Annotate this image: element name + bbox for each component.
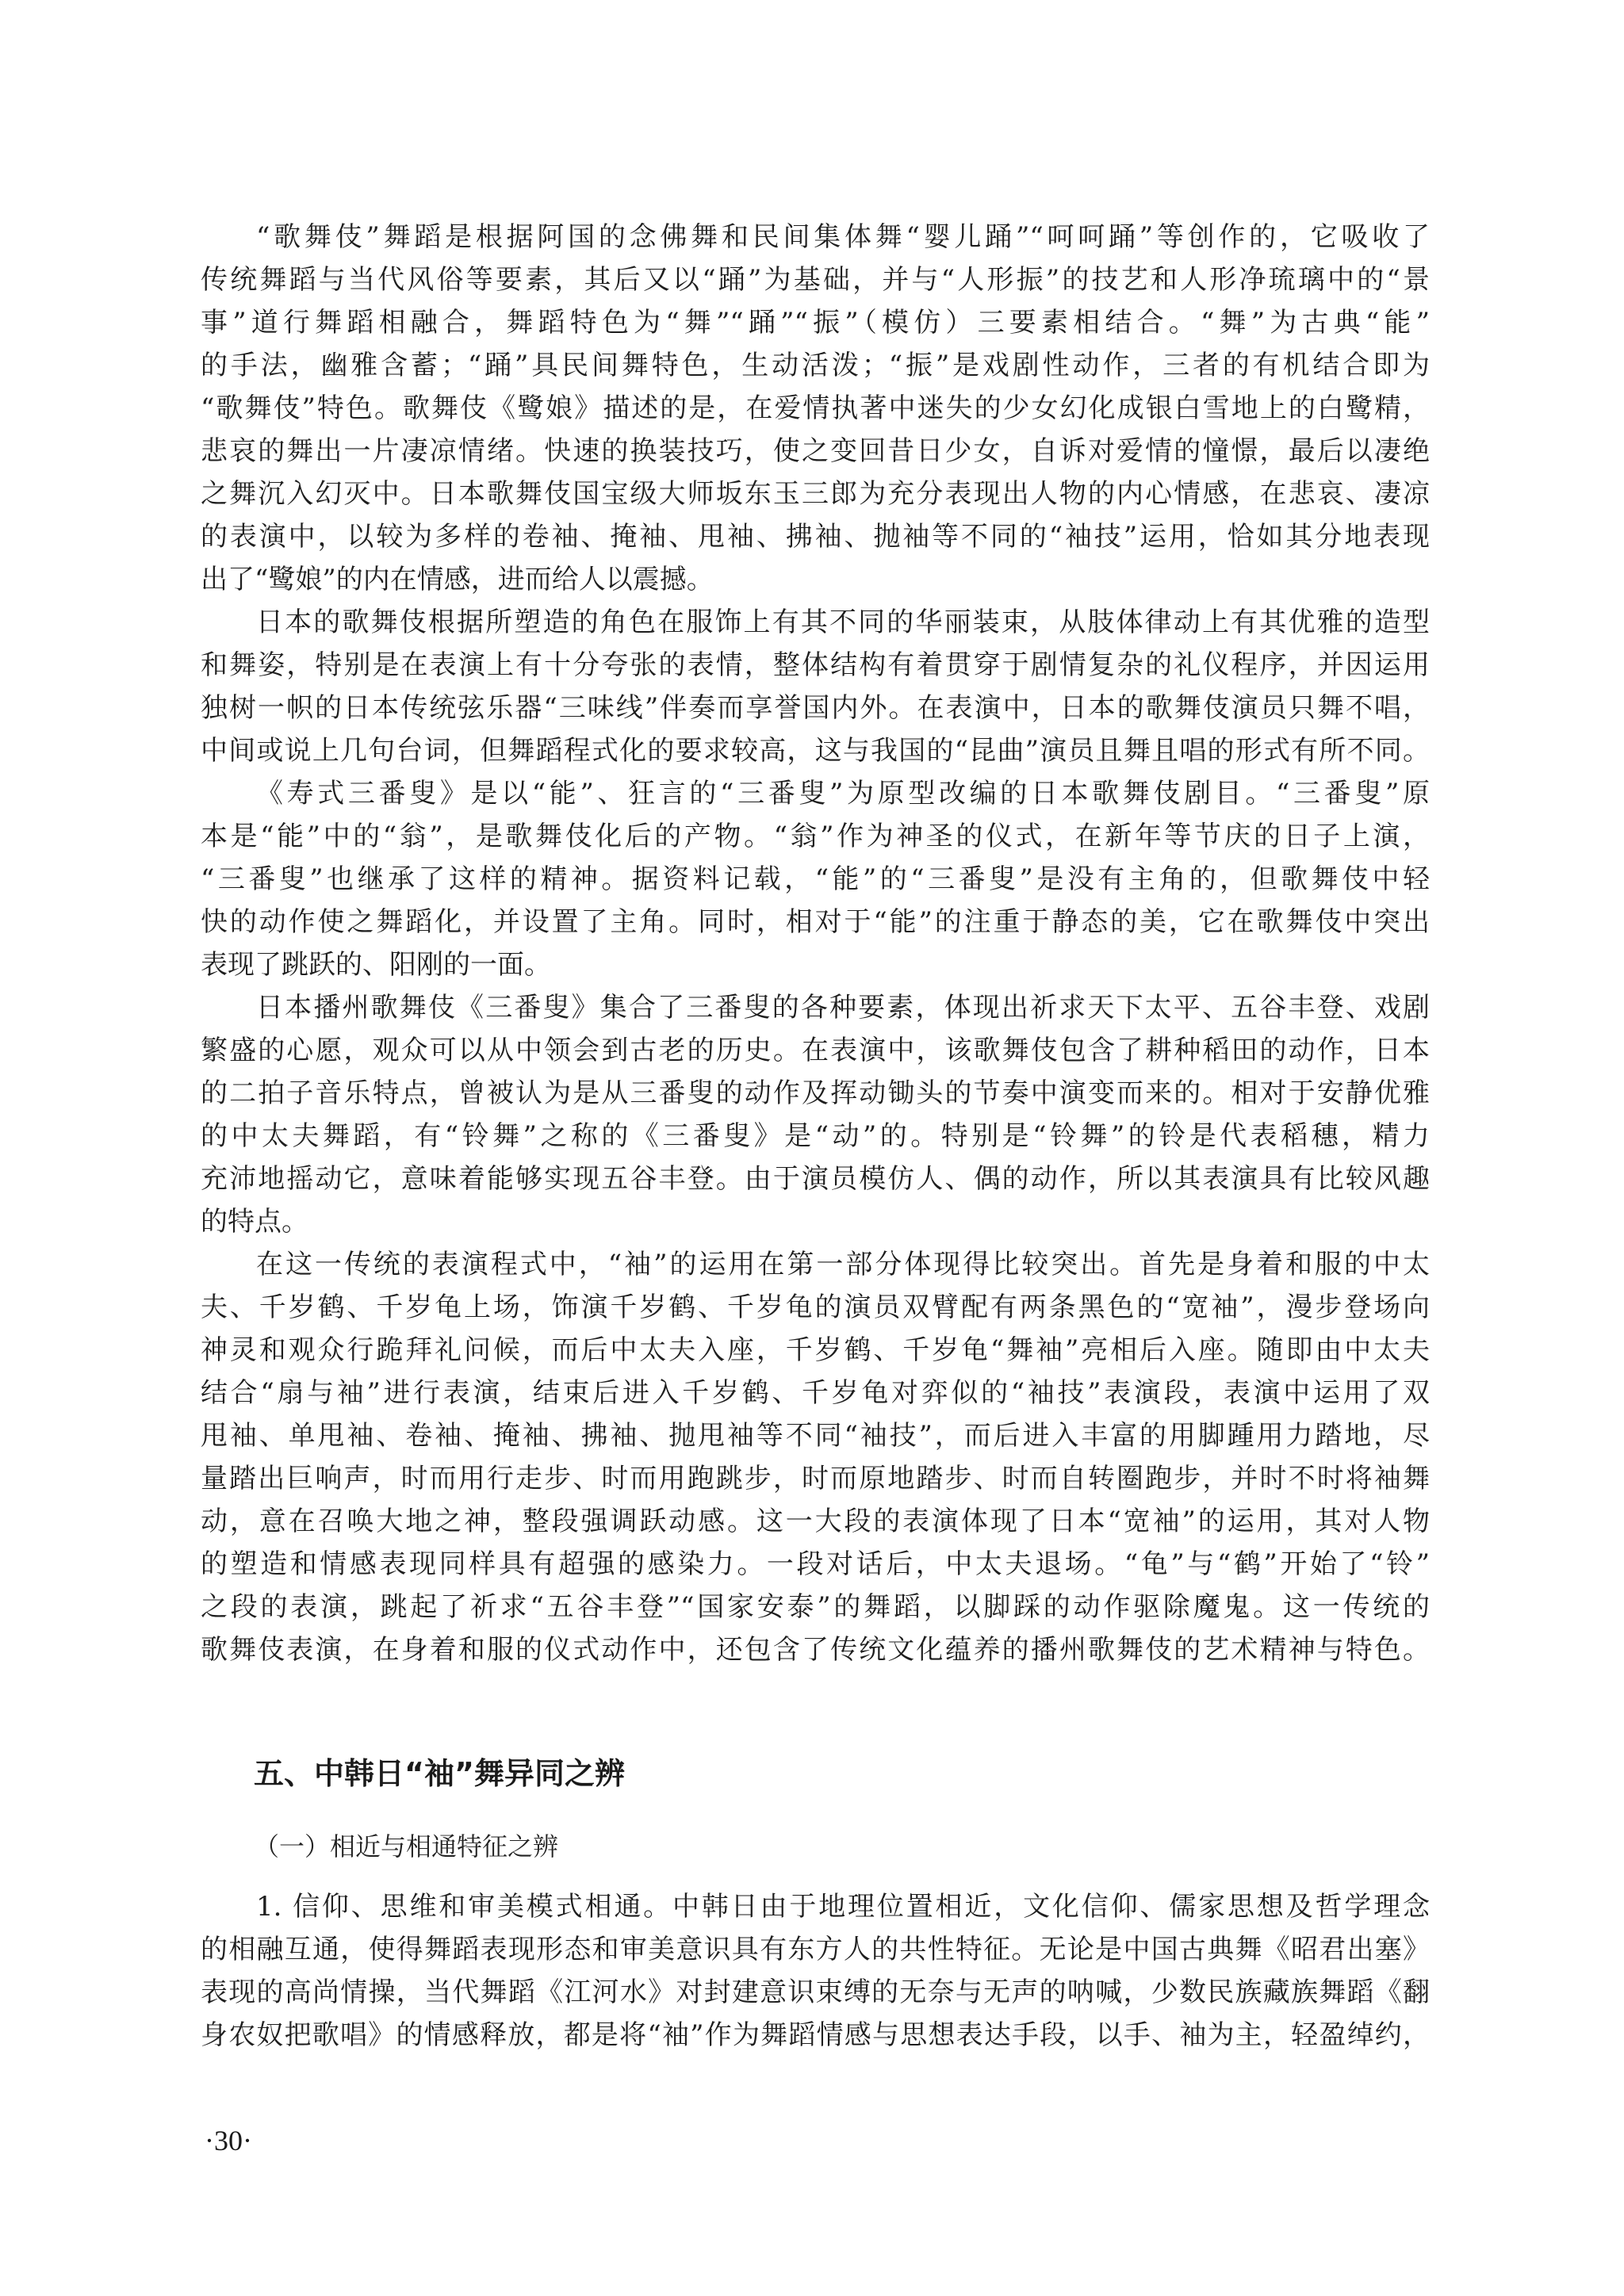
text-line: 的塑造和情感表现同样具有超强的感染力。一段对话后，中太夫退场。“龟”与“鹤”开始…: [201, 1543, 1430, 1586]
paragraph-kabuki-origin: “歌舞伎”舞蹈是根据阿国的念佛舞和民间集体舞“婴儿踊”“呵呵踊”等创作的，它吸收…: [201, 216, 1430, 601]
text-line: “歌舞伎”舞蹈是根据阿国的念佛舞和民间集体舞“婴儿踊”“呵呵踊”等创作的，它吸收…: [201, 216, 1430, 258]
text-line: 繁盛的心愿，观众可以从中领会到古老的历史。在表演中，该歌舞伎包含了耕种稻田的动作…: [201, 1029, 1430, 1072]
paragraph-banshu-kabuki: 日本播州歌舞伎《三番叟》集合了三番叟的各种要素，体现出祈求天下太平、五谷丰登、戏…: [201, 986, 1430, 1243]
text-line: 本是“能”中的“翁”，是歌舞伎化后的产物。“翁”作为神圣的仪式，在新年等节庆的日…: [201, 815, 1430, 858]
text-line: 表现了跳跃的、阳刚的一面。: [201, 943, 1430, 986]
text-line: 出了“鹭娘”的内在情感，进而给人以震撼。: [201, 558, 1430, 601]
text-line: 日本的歌舞伎根据所塑造的角色在服饰上有其不同的华丽装束，从肢体律动上有其优雅的造…: [201, 601, 1430, 644]
text-line: 中间或说上几句台词，但舞蹈程式化的要求较高，这与我国的“昆曲”演员且舞且唱的形式…: [201, 729, 1430, 772]
text-line: 的中太夫舞蹈，有“铃舞”之称的《三番叟》是“动”的。特别是“铃舞”的铃是代表稻穗…: [201, 1115, 1430, 1158]
text-line: 在这一传统的表演程式中，“袖”的运用在第一部分体现得比较突出。首先是身着和服的中…: [201, 1243, 1430, 1286]
text-line: 和舞姿，特别是在表演上有十分夸张的表情，整体结构有着贯穿于剧情复杂的礼仪程序，并…: [201, 644, 1430, 687]
text-line: 甩袖、单甩袖、卷袖、掩袖、拂袖、抛甩袖等不同“袖技”，而后进入丰富的用脚踵用力踏…: [201, 1414, 1430, 1457]
text-line: 日本播州歌舞伎《三番叟》集合了三番叟的各种要素，体现出祈求天下太平、五谷丰登、戏…: [201, 986, 1430, 1029]
paragraph-sanbaso: 《寿式三番叟》是以“能”、狂言的“三番叟”为原型改编的日本歌舞伎剧目。“三番叟”…: [201, 772, 1430, 986]
text-line: 传统舞蹈与当代风俗等要素，其后又以“踊”为基础，并与“人形振”的技艺和人形净琉璃…: [201, 258, 1430, 301]
text-line: 的二拍子音乐特点，曾被认为是从三番叟的动作及挥动锄头的节奏中演变而来的。相对于安…: [201, 1072, 1430, 1115]
text-line: “歌舞伎”特色。歌舞伎《鹭娘》描述的是，在爱情执著中迷失的少女幻化成银白雪地上的…: [201, 387, 1430, 430]
text-line: 之舞沉入幻灭中。日本歌舞伎国宝级大师坂东玉三郎为充分表现出人物的内心情感，在悲哀…: [201, 473, 1430, 515]
text-line: 的手法，幽雅含蓄；“踊”具民间舞特色，生动活泼；“振”是戏剧性动作，三者的有机结…: [201, 344, 1430, 387]
section-heading: 五、中韩日“袖”舞异同之辨: [254, 1754, 625, 1793]
text-line: 动，意在召唤大地之神，整段强调跃动感。这一大段的表演体现了日本“宽袖”的运用，其…: [201, 1500, 1430, 1543]
text-line: 神灵和观众行跪拜礼问候，而后中太夫入座，千岁鹤、千岁龟“舞袖”亮相后入座。随即由…: [201, 1329, 1430, 1372]
text-line: 身农奴把歌唱》的情感释放，都是将“袖”作为舞蹈情感与思想表达手段，以手、袖为主，…: [201, 2014, 1430, 2057]
paragraph-sleeve-usage: 在这一传统的表演程式中，“袖”的运用在第一部分体现得比较突出。首先是身着和服的中…: [201, 1243, 1430, 1671]
body-text: “歌舞伎”舞蹈是根据阿国的念佛舞和民间集体舞“婴儿踊”“呵呵踊”等创作的，它吸收…: [201, 216, 1430, 1671]
text-line: 悲哀的舞出一片凄凉情绪。快速的换装技巧，使之变回昔日少女，自诉对爱情的憧憬，最后…: [201, 430, 1430, 473]
text-line: 充沛地摇动它，意味着能够实现五谷丰登。由于演员模仿人、偶的动作，所以其表演具有比…: [201, 1158, 1430, 1200]
subsection-heading: （一）相近与相通特征之辨: [254, 1828, 558, 1865]
text-line: 结合“扇与袖”进行表演，结束后进入千岁鹤、千岁龟对弈似的“袖技”表演段，表演中运…: [201, 1372, 1430, 1414]
page-number: ·30·: [205, 2123, 252, 2158]
text-line: 之段的表演，跳起了祈求“五谷丰登”“国家安泰”的舞蹈，以脚踩的动作驱除魔鬼。这一…: [201, 1586, 1430, 1628]
text-line: 事”道行舞蹈相融合，舞蹈特色为“舞”“踊”“振”（模仿）三要素相结合。“舞”为古…: [201, 301, 1430, 344]
text-line: 的相融互通，使得舞蹈表现形态和审美意识具有东方人的共性特征。无论是中国古典舞《昭…: [201, 1928, 1430, 1971]
text-line: 1. 信仰、思维和审美模式相通。中韩日由于地理位置相近，文化信仰、儒家思想及哲学…: [201, 1885, 1430, 1928]
text-line: 歌舞伎表演，在身着和服的仪式动作中，还包含了传统文化蕴养的播州歌舞伎的艺术精神与…: [201, 1628, 1430, 1671]
paragraph-kabuki-costume: 日本的歌舞伎根据所塑造的角色在服饰上有其不同的华丽装束，从肢体律动上有其优雅的造…: [201, 601, 1430, 772]
text-line: 的表演中，以较为多样的卷袖、掩袖、甩袖、拂袖、抛袖等不同的“袖技”运用，恰如其分…: [201, 515, 1430, 558]
text-line: 量踏出巨响声，时而用行走步、时而用跑跳步，时而原地踏步、时而自转圈跑步，并时不时…: [201, 1457, 1430, 1500]
text-line: 表现的高尚情操，当代舞蹈《江河水》对封建意识束缚的无奈与无声的呐喊，少数民族藏族…: [201, 1971, 1430, 2014]
text-line: 快的动作使之舞蹈化，并设置了主角。同时，相对于“能”的注重于静态的美，它在歌舞伎…: [201, 901, 1430, 943]
text-line: “三番叟”也继承了这样的精神。据资料记载，“能”的“三番叟”是没有主角的，但歌舞…: [201, 858, 1430, 901]
text-line: 夫、千岁鹤、千岁龟上场，饰演千岁鹤、千岁龟的演员双臂配有两条黑色的“宽袖”，漫步…: [201, 1286, 1430, 1329]
document-page: “歌舞伎”舞蹈是根据阿国的念佛舞和民间集体舞“婴儿踊”“呵呵踊”等创作的，它吸收…: [0, 0, 1624, 2296]
text-line: 独树一帜的日本传统弦乐器“三味线”伴奏而享誉国内外。在表演中，日本的歌舞伎演员只…: [201, 687, 1430, 729]
text-line: 的特点。: [201, 1200, 1430, 1243]
paragraph-shared-beliefs: 1. 信仰、思维和审美模式相通。中韩日由于地理位置相近，文化信仰、儒家思想及哲学…: [201, 1885, 1430, 2057]
text-line: 《寿式三番叟》是以“能”、狂言的“三番叟”为原型改编的日本歌舞伎剧目。“三番叟”…: [201, 772, 1430, 815]
section-body-text: 1. 信仰、思维和审美模式相通。中韩日由于地理位置相近，文化信仰、儒家思想及哲学…: [201, 1885, 1430, 2057]
